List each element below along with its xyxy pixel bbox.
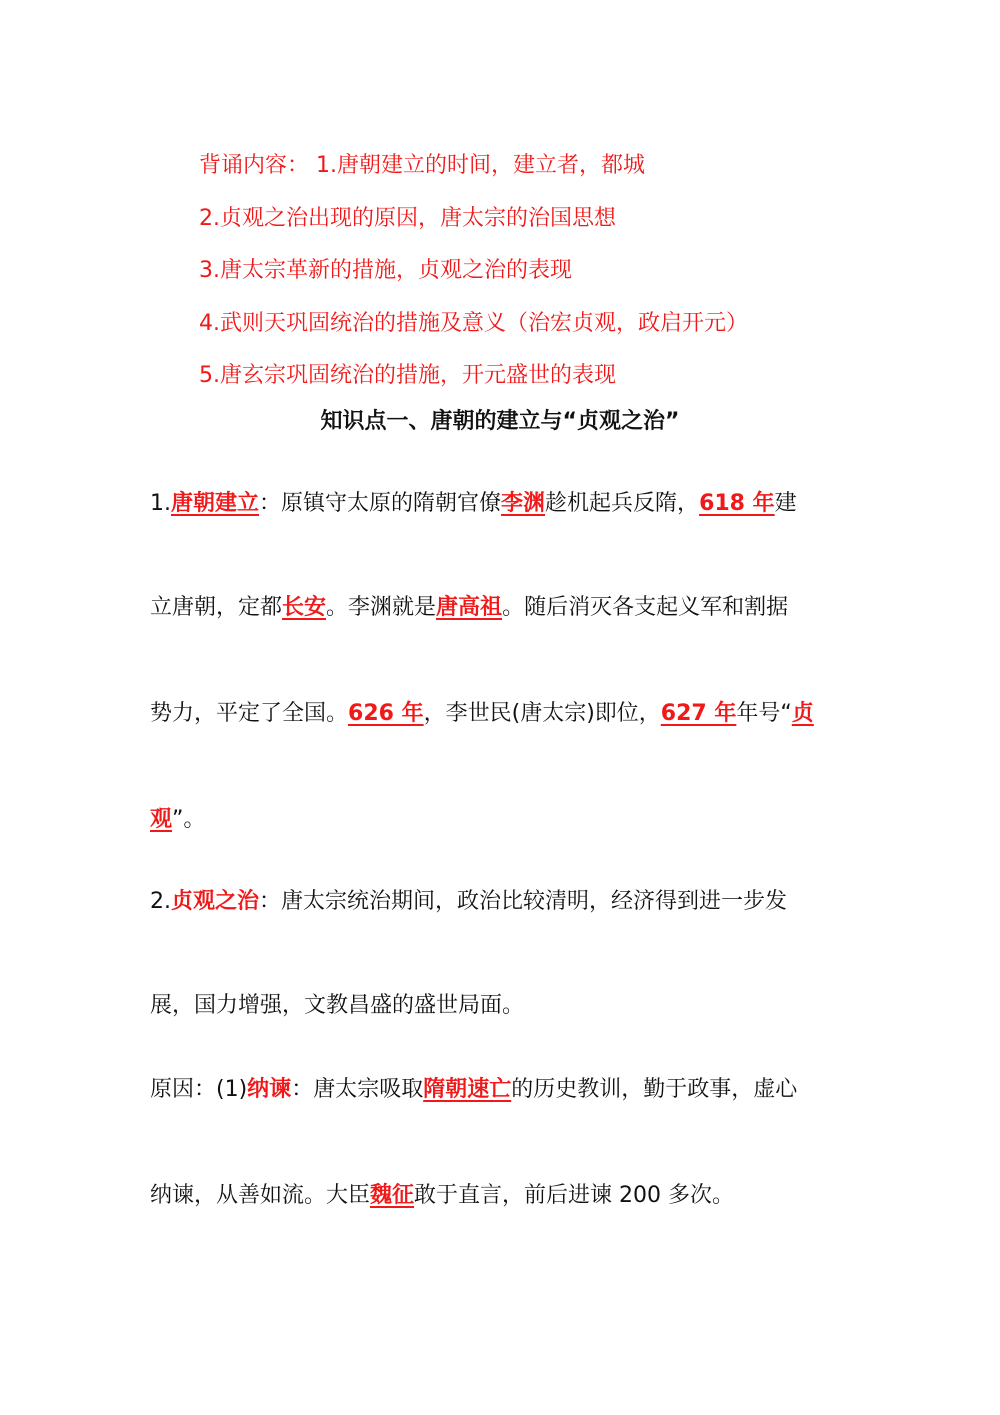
keyword-changan: 长安 bbox=[282, 595, 326, 620]
paragraph-tang-founding-line-4: 观”。 bbox=[150, 800, 205, 840]
paragraph-zhenguan-line-2: 展，国力增强，文教昌盛的盛世局面。 bbox=[150, 986, 524, 1026]
text: ：唐太宗吸取 bbox=[291, 1077, 423, 1102]
keyword-guan: 观 bbox=[150, 807, 172, 832]
recitation-item-2: 2.贞观之治出现的原因，唐太宗的治国思想 bbox=[199, 193, 748, 246]
paragraph-zhenguan-line-1: 2.贞观之治：唐太宗统治期间，政治比较清明，经济得到进一步发 bbox=[150, 882, 787, 922]
recitation-item-4: 4.武则天巩固统治的措施及意义（治宏贞观，政启开元） bbox=[199, 298, 748, 351]
text: 。李渊就是 bbox=[326, 595, 436, 620]
keyword-zhen: 贞 bbox=[792, 701, 814, 726]
item-number: 1. bbox=[150, 491, 171, 516]
keyword-li-yuan: 李渊 bbox=[501, 491, 545, 516]
text: 的历史教训，勤于政事，虚心 bbox=[511, 1077, 797, 1102]
keyword-tang-gaozu: 唐高祖 bbox=[436, 595, 502, 620]
paragraph-tang-founding-line-3: 势力，平定了全国。626 年，李世民(唐太宗)即位，627 年年号“贞 bbox=[150, 694, 814, 734]
text: 建 bbox=[775, 491, 797, 516]
text: 展，国力增强，文教昌盛的盛世局面。 bbox=[150, 993, 524, 1018]
paragraph-tang-founding-line-1: 1.唐朝建立：原镇守太原的隋朝官僚李渊趁机起兵反隋，618 年建 bbox=[150, 484, 797, 524]
recitation-item-3: 3.唐太宗革新的措施，贞观之治的表现 bbox=[199, 245, 748, 298]
section-heading: 知识点一、唐朝的建立与“贞观之治” bbox=[0, 402, 1000, 442]
text: 立唐朝，定都 bbox=[150, 595, 282, 620]
text: 势力，平定了全国。 bbox=[150, 701, 348, 726]
keyword-618: 618 年 bbox=[699, 491, 775, 516]
keyword-627: 627 年 bbox=[661, 701, 737, 726]
text: 年号“ bbox=[736, 701, 791, 726]
keyword-tang-founding: 唐朝建立 bbox=[171, 491, 259, 516]
item-number: 2. bbox=[150, 889, 171, 914]
text: ，李世民(唐太宗)即位， bbox=[424, 701, 661, 726]
paragraph-reasons-line-1: 原因：(1)纳谏：唐太宗吸取隋朝速亡的历史教训，勤于政事，虚心 bbox=[150, 1070, 797, 1110]
text: 纳谏，从善如流。大臣 bbox=[150, 1183, 370, 1208]
recitation-item-5: 5.唐玄宗巩固统治的措施，开元盛世的表现 bbox=[199, 350, 748, 403]
paragraph-tang-founding-line-2: 立唐朝，定都长安。李渊就是唐高祖。随后消灭各支起义军和割据 bbox=[150, 588, 788, 628]
keyword-sui-fall: 隋朝速亡 bbox=[423, 1077, 511, 1102]
text: 。随后消灭各支起义军和割据 bbox=[502, 595, 788, 620]
text: 原因：(1) bbox=[150, 1077, 247, 1102]
text: 敢于直言，前后进谏 200 多次。 bbox=[414, 1183, 734, 1208]
text: 趁机起兵反隋， bbox=[545, 491, 699, 516]
paragraph-reasons-line-2: 纳谏，从善如流。大臣魏征敢于直言，前后进谏 200 多次。 bbox=[150, 1176, 734, 1216]
keyword-wei-zheng: 魏征 bbox=[370, 1183, 414, 1208]
keyword-zhenguan-rule: 贞观之治 bbox=[171, 889, 259, 914]
text: ”。 bbox=[172, 807, 205, 832]
text: ：唐太宗统治期间，政治比较清明，经济得到进一步发 bbox=[259, 889, 787, 914]
recitation-list: 背诵内容： 1.唐朝建立的时间，建立者，都城 2.贞观之治出现的原因，唐太宗的治… bbox=[199, 140, 748, 403]
text: ：原镇守太原的隋朝官僚 bbox=[259, 491, 501, 516]
keyword-626: 626 年 bbox=[348, 701, 424, 726]
keyword-najian: 纳谏 bbox=[247, 1077, 291, 1102]
recitation-item-1: 背诵内容： 1.唐朝建立的时间，建立者，都城 bbox=[199, 140, 748, 193]
